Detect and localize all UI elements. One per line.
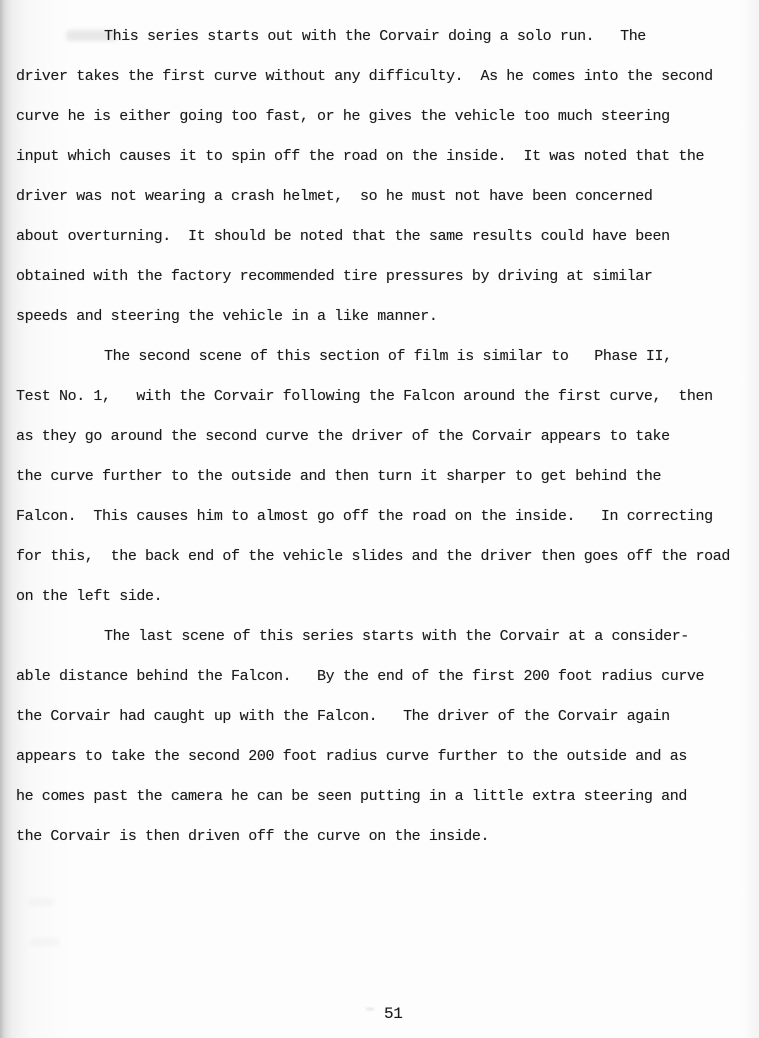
text-line: the Corvair had caught up with the Falco… (16, 697, 744, 737)
text-line: for this, the back end of the vehicle sl… (16, 537, 744, 577)
text-line: appears to take the second 200 foot radi… (16, 737, 744, 777)
scan-smudge-artifact (28, 898, 54, 906)
text-line: The last scene of this series starts wit… (16, 617, 744, 657)
text-line: curve he is either going too fast, or he… (16, 97, 744, 137)
text-line: The second scene of this section of film… (16, 337, 744, 377)
text-line: This series starts out with the Corvair … (16, 17, 744, 57)
text-line: driver takes the first curve without any… (16, 57, 744, 97)
text-line: obtained with the factory recommended ti… (16, 257, 744, 297)
text-line: driver was not wearing a crash helmet, s… (16, 177, 744, 217)
page-number: 51 (384, 1003, 402, 1025)
text-line: input which causes it to spin off the ro… (16, 137, 744, 177)
text-line: the curve further to the outside and the… (16, 457, 744, 497)
text-line: speeds and steering the vehicle in a lik… (16, 297, 744, 337)
document-page: This series starts out with the Corvair … (0, 0, 759, 1038)
text-line: Test No. 1, with the Corvair following t… (16, 377, 744, 417)
scan-smudge-artifact (366, 1008, 374, 1010)
text-line: on the left side. (16, 577, 744, 617)
text-line: Falcon. This causes him to almost go off… (16, 497, 744, 537)
text-line: as they go around the second curve the d… (16, 417, 744, 457)
text-line: he comes past the camera he can be seen … (16, 777, 744, 817)
scan-smudge-artifact (30, 938, 60, 946)
text-line: the Corvair is then driven off the curve… (16, 817, 744, 857)
text-line: able distance behind the Falcon. By the … (16, 657, 744, 697)
body-text: This series starts out with the Corvair … (16, 17, 744, 857)
text-line: about overturning. It should be noted th… (16, 217, 744, 257)
